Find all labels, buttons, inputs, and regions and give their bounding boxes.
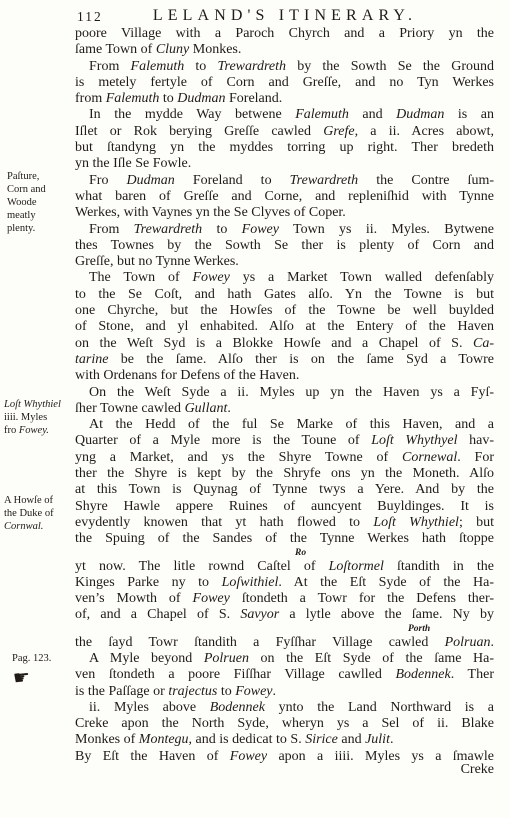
text-segment: ſher Towne cawled [75, 401, 185, 416]
italic-text: tarine [75, 352, 108, 367]
italic-text: Trewardreth [218, 59, 286, 74]
text-segment: the Duke of [4, 508, 54, 519]
text-line: is the Paſſage or trajectus to Fowey. [75, 684, 494, 700]
italic-text: Loſt Whythiel [4, 399, 61, 410]
text-segment: of Stone, and yl enhabited. Alſo at the … [75, 319, 494, 334]
text-segment: . Ther [451, 667, 494, 682]
page-title: LELAND'S ITINERARY. [75, 7, 495, 25]
text-segment: , a ii. Acres abowt, [355, 124, 494, 139]
text-line: Kinges Parke ny to Loſwithiel. At the Eſ… [75, 575, 494, 591]
text-line: ſher Towne cawled Gullant. [75, 401, 494, 417]
text-segment: At the Hedd of the ful Se Marke of this … [89, 417, 494, 432]
text-line: poore Village with a Paroch Chyrch and a… [75, 26, 494, 42]
text-line: on the Weſt Syd is a Blokke Howſe and a … [75, 336, 494, 352]
text-segment: fro [4, 425, 19, 436]
text-segment: on the Eſt Syde of the ſame Ha- [249, 651, 494, 666]
text-segment: On the Weſt Syde a ii. Myles up yn the H… [89, 385, 494, 400]
italic-text: Trewardreth [290, 173, 358, 188]
text-segment: one Chyrche, but the Howſes of the Towne… [75, 303, 494, 318]
text-segment: . [390, 732, 394, 747]
italic-text: Fowey. [19, 425, 49, 436]
text-segment: A Myle beyond [89, 651, 204, 666]
text-line: yng a Market, and ys the Shyre Towne of … [75, 450, 494, 466]
text-segment: to [159, 91, 177, 106]
text-line: the ſayd Towr ſtandith a Fyſſhar Village… [75, 635, 494, 651]
book-page: 112 LELAND'S ITINERARY. Paſture,Corn and… [0, 0, 510, 818]
text-segment: ſame Town of [75, 42, 156, 57]
text-segment: A Howſe of [4, 495, 53, 506]
margin-note-line: Corn and [7, 183, 77, 196]
text-line: the Spuing of the Sandes of the Tynne We… [75, 531, 494, 547]
manicule-icon: ☛ [12, 662, 83, 688]
text-segment: Fro [89, 173, 127, 188]
italic-text: Falemuth [295, 107, 349, 122]
text-segment: and [338, 732, 365, 747]
text-segment: ys a Market Town walled defenſably [230, 270, 494, 285]
text-segment: Iſlet or Rok berying Greſſe cawled [75, 124, 323, 139]
italic-text: Fowey [242, 222, 279, 237]
text-segment: In the mydde Way betwene [89, 107, 295, 122]
margin-note-line: Woode [7, 196, 77, 209]
margin-note: Paſture,Corn andWoodemeatlyplenty. [7, 170, 77, 235]
text-segment: ther the Shyre is kept by the Shryfe ons… [75, 466, 494, 481]
text-line: From Trewardreth to Fowey Town ys ii. My… [75, 222, 494, 238]
text-segment: is an [444, 107, 494, 122]
text-line: Greſſe, but no Tynne Werkes. [75, 254, 494, 270]
italic-text: Bodennek [395, 667, 450, 682]
text-segment: ; but [459, 515, 494, 530]
italic-text: Fowey [235, 684, 272, 699]
italic-text: Loſt Whythyel [371, 433, 457, 448]
italic-text: Julit [365, 732, 390, 747]
margin-note-line: iiii. Myles [4, 411, 74, 424]
margin-note-line: A Howſe of [4, 494, 74, 507]
text-line: ther the Shyre is kept by the Shryfe ons… [75, 466, 494, 482]
italic-text: Dudman [177, 91, 225, 106]
italic-text: Loſt Whythiel [373, 515, 459, 530]
margin-note-line: fro Fowey. [4, 424, 74, 437]
text-segment: Town ys ii. Myles. Bytwene [279, 222, 494, 237]
text-segment: the Contre ſum- [358, 173, 494, 188]
text-segment: but ſtandyng yn the myddes torring up ri… [75, 140, 494, 155]
catchword-row: Creke [75, 762, 494, 778]
italic-text: Falemuth [131, 59, 185, 74]
text-segment: Foreland. [226, 91, 283, 106]
text-segment: ven ſtondeth a poore Fiſſhar Village caw… [75, 667, 395, 682]
text-segment: yt now. The litle rownd Caſtel of [75, 559, 329, 574]
text-segment: is the Paſſage or [75, 684, 168, 699]
text-segment: Creke apon the North Syde, wheryn ys a S… [75, 716, 494, 731]
text-segment: the ſayd Towr ſtandith a Fyſſhar Village… [75, 635, 445, 650]
text-segment: at this Town is Quynag of Tynne twys a Y… [75, 482, 494, 497]
italic-text: trajectus [168, 684, 217, 699]
text-segment: Paſture, [7, 171, 39, 182]
text-segment: on the Weſt Syd is a Blokke Howſe and a … [75, 336, 473, 351]
text-line: from Falemuth to Dudman Foreland. [75, 91, 494, 107]
text-line: to the Se Coſt, and hath Gates alſo. Yn … [75, 287, 494, 303]
text-line: Creke apon the North Syde, wheryn ys a S… [75, 716, 494, 732]
text-segment: ynto the Land Northward is a [265, 700, 494, 715]
text-segment: and [349, 107, 396, 122]
text-segment: Pag. 123. [12, 653, 51, 664]
italic-text: Ca- [473, 336, 494, 351]
italic-text: Montegu [139, 732, 189, 747]
text-segment: Shyre Hawle appere Ruines of auncyent Bu… [75, 499, 494, 514]
text-segment: to [202, 222, 242, 237]
text-line: is metely fertyle of Corn and Greſſe, an… [75, 75, 494, 91]
italic-text: Cornewal [402, 450, 457, 465]
italic-text: Gullant [185, 401, 228, 416]
text-segment: the Spuing of the Sandes of the Tynne We… [75, 531, 494, 546]
text-segment: to [184, 59, 217, 74]
text-segment: of, and a Chapel of S. [75, 607, 240, 622]
text-line: From Falemuth to Trewardreth by the Sowt… [75, 59, 494, 75]
text-segment: meatly [7, 210, 36, 221]
text-line: Shyre Hawle appere Ruines of auncyent Bu… [75, 499, 494, 515]
italic-text: Sirice [305, 732, 338, 747]
text-line: In the mydde Way betwene Falemuth and Du… [75, 107, 494, 123]
text-segment: . At the Eſt Syde of the Ha- [278, 575, 494, 590]
margin-note-line: plenty. [7, 222, 77, 235]
text-line: ven’s Mowth of Fowey ſtondeth a Towr for… [75, 591, 494, 607]
italic-text: Cornwal. [4, 521, 43, 532]
text-segment: The Town of [89, 270, 193, 285]
text-line: but ſtandyng yn the myddes torring up ri… [75, 140, 494, 156]
italic-text: Dudman [127, 173, 175, 188]
italic-text: Polruan [445, 635, 491, 650]
text-line: one Chyrche, but the Howſes of the Towne… [75, 303, 494, 319]
text-line: yn the Iſle Se Fowle. [75, 156, 494, 172]
text-segment: . For [457, 450, 494, 465]
text-segment: Woode [7, 197, 36, 208]
interlinear-note: Porth [75, 624, 494, 635]
text-line: At the Hedd of the ful Se Marke of this … [75, 417, 494, 433]
text-line: Monkes of Montegu, and is dedicat to S. … [75, 732, 494, 748]
text-segment: is metely fertyle of Corn and Greſſe, an… [75, 75, 494, 90]
text-segment: yn the Iſle Se Fowle. [75, 156, 191, 171]
text-segment: ſtandith in the [384, 559, 494, 574]
margin-note: Pag. 123.☛ [12, 652, 82, 685]
text-line: ii. Myles above Bodennek ynto the Land N… [75, 700, 494, 716]
text-segment: evydently knowen that yt hath flowed to [75, 515, 373, 530]
text-segment: Monkes. [189, 42, 241, 57]
text-block: poore Village with a Paroch Chyrch and a… [75, 26, 494, 765]
text-segment: a lytle above the ſame. Ny by [279, 607, 494, 622]
text-segment: ven’s Mowth of [75, 591, 193, 606]
text-line: Quarter of a Myle more is the Toune of L… [75, 433, 494, 449]
text-segment: ſtondeth a Towr for the Defens ther- [230, 591, 494, 606]
margin-note-line: the Duke of [4, 507, 74, 520]
margin-note-line: Loſt Whythiel [4, 398, 74, 411]
italic-text: Trewardreth [134, 222, 202, 237]
text-segment: Quarter of a Myle more is the Toune of [75, 433, 371, 448]
catchword: Creke [461, 762, 494, 777]
italic-text: Falemuth [106, 91, 160, 106]
text-segment: yng a Market, and ys the Shyre Towne of [75, 450, 402, 465]
text-segment: , and is dedicat to S. [189, 732, 306, 747]
text-line: The Town of Fowey ys a Market Town walle… [75, 270, 494, 286]
text-line: Fro Dudman Foreland to Trewardreth the C… [75, 173, 494, 189]
italic-text: Dudman [396, 107, 444, 122]
italic-text: Grefe [323, 124, 354, 139]
italic-text: Savyor [240, 607, 279, 622]
text-segment: be the ſame. Alſo ther is on the ſame Sy… [108, 352, 494, 367]
italic-text: Fowey [193, 270, 230, 285]
text-line: thes Townes by the Sowth Se ther is plen… [75, 238, 494, 254]
text-line: ſame Town of Cluny Monkes. [75, 42, 494, 58]
text-segment: to the Se Coſt, and hath Gates alſo. Yn … [75, 287, 494, 302]
text-segment: Greſſe, but no Tynne Werkes. [75, 254, 239, 269]
text-line: Iſlet or Rok berying Greſſe cawled Grefe… [75, 124, 494, 140]
text-segment: thes Townes by the Sowth Se ther is plen… [75, 238, 494, 253]
italic-text: Bodennek [210, 700, 265, 715]
text-segment: plenty. [7, 223, 35, 234]
text-segment: from [75, 91, 106, 106]
italic-text: Polruen [204, 651, 249, 666]
text-line: On the Weſt Syde a ii. Myles up yn the H… [75, 385, 494, 401]
margin-note-line: Paſture, [7, 170, 77, 183]
text-line: what baren of Greſſe and Corne, and repl… [75, 189, 494, 205]
text-segment: . [273, 684, 277, 699]
interlinear-note: Ro [75, 548, 494, 559]
italic-text: Loſwithiel [222, 575, 279, 590]
text-segment: iiii. Myles [4, 412, 47, 423]
text-segment: From [89, 59, 131, 74]
text-line: Werkes, with Vaynes yn the Se Clyves of … [75, 205, 494, 221]
text-segment: Foreland to [175, 173, 290, 188]
text-segment: ii. Myles above [89, 700, 210, 715]
text-line: of Stone, and yl enhabited. Alſo at the … [75, 319, 494, 335]
text-segment: by the Sowth Se the Ground [286, 59, 494, 74]
text-segment: hav- [457, 433, 494, 448]
text-line: tarine be the ſame. Alſo ther is on the … [75, 352, 494, 368]
text-segment: with Ordenans for Defens of the Haven. [75, 368, 299, 383]
margin-note-line: Cornwal. [4, 520, 74, 533]
text-segment: . [491, 635, 495, 650]
italic-text: Fowey [193, 591, 230, 606]
text-segment: Kinges Parke ny to [75, 575, 222, 590]
text-segment: From [89, 222, 134, 237]
italic-text: Loſtormel [329, 559, 384, 574]
text-line: of, and a Chapel of S. Savyor a lytle ab… [75, 607, 494, 623]
italic-text: Cluny [156, 42, 189, 57]
text-line: ven ſtondeth a poore Fiſſhar Village caw… [75, 667, 494, 683]
text-line: at this Town is Quynag of Tynne twys a Y… [75, 482, 494, 498]
text-segment: . [227, 401, 231, 416]
text-segment: Werkes, with Vaynes yn the Se Clyves of … [75, 205, 346, 220]
text-segment: what baren of Greſſe and Corne, and repl… [75, 189, 494, 204]
margin-note-line: meatly [7, 209, 77, 222]
text-segment: poore Village with a Paroch Chyrch and a… [75, 26, 494, 41]
text-segment: Corn and [7, 184, 46, 195]
text-line: evydently knowen that yt hath flowed to … [75, 515, 494, 531]
margin-note: Loſt Whythieliiii. Mylesfro Fowey. [4, 398, 74, 437]
text-segment: to [217, 684, 235, 699]
text-line: with Ordenans for Defens of the Haven. [75, 368, 494, 384]
text-segment: Monkes of [75, 732, 139, 747]
text-line: A Myle beyond Polruen on the Eſt Syde of… [75, 651, 494, 667]
text-line: yt now. The litle rownd Caſtel of Loſtor… [75, 559, 494, 575]
margin-note: A Howſe ofthe Duke ofCornwal. [4, 494, 74, 533]
